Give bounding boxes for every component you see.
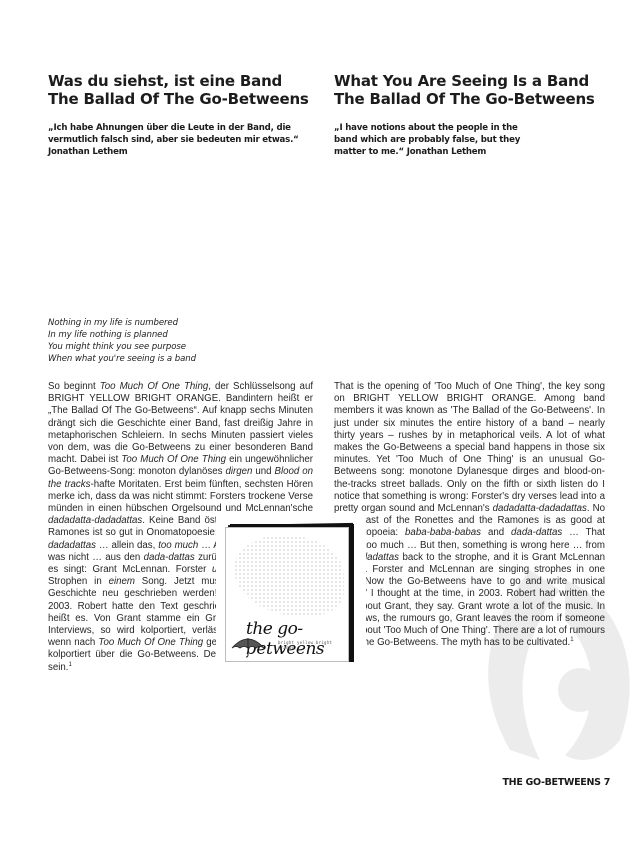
english-title-line1: What You Are Seeing Is a Band — [334, 72, 604, 90]
speckle-pattern — [234, 536, 344, 616]
lyrics-line: Nothing in my life is numbered — [48, 317, 196, 329]
footnote-marker: 1 — [68, 661, 71, 667]
lyrics-line: When what you're seeing is a band — [48, 353, 196, 365]
english-body: That is the opening of 'Too Much of One … — [334, 381, 605, 649]
running-head: THE GO-BETWEENS 7 — [460, 777, 610, 788]
album-subtitle: bright yellow bright orange — [278, 640, 348, 650]
english-paragraph: That is the opening of 'Too Much of One … — [334, 381, 605, 649]
album-cover-image: the go-betweens bright yellow bright ora… — [225, 527, 349, 662]
lyrics-block: Nothing in my life is numbered In my lif… — [48, 317, 196, 365]
english-title-line2: The Ballad Of The Go-Betweens — [334, 90, 604, 108]
english-header: What You Are Seeing Is a Band The Ballad… — [334, 72, 604, 158]
footnote-marker: 1 — [570, 637, 573, 643]
german-title-line2: The Ballad Of The Go-Betweens — [48, 90, 313, 108]
german-title-line1: Was du siehst, ist eine Band — [48, 72, 313, 90]
german-header: Was du siehst, ist eine Band The Ballad … — [48, 72, 313, 158]
english-epigraph: „I have notions about the people in the … — [334, 122, 534, 158]
lyrics-line: You might think you see purpose — [48, 341, 196, 353]
umbrella-icon — [230, 634, 266, 658]
german-epigraph: „Ich habe Ahnungen über die Leute in der… — [48, 122, 313, 158]
lyrics-line: In my life nothing is planned — [48, 329, 196, 341]
